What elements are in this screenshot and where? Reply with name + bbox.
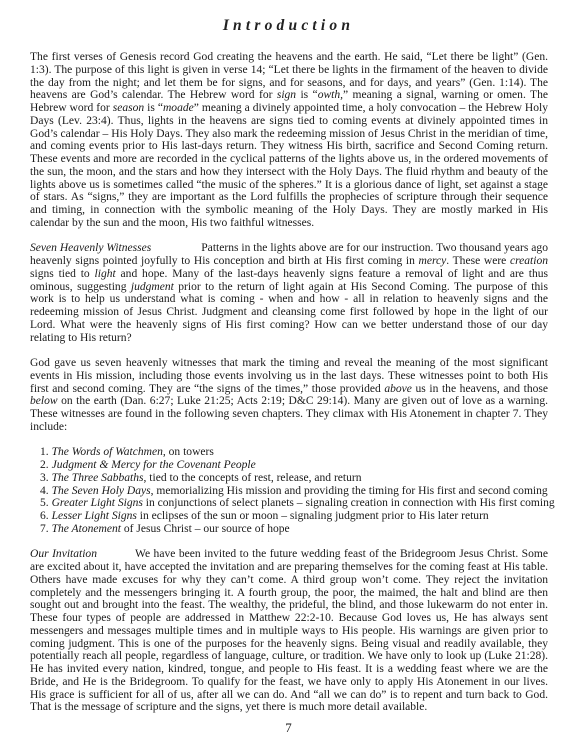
list-number: 1.	[40, 446, 49, 458]
list-item: 2. Judgment & Mercy for the Covenant Peo…	[40, 459, 548, 472]
list-item: 6. Lesser Light Signs in eclipses of the…	[40, 510, 548, 523]
emphasis: owth,	[318, 89, 343, 101]
list-item: 4. The Seven Holy Days, memorializing Hi…	[40, 485, 548, 498]
emphasis: judgment	[131, 281, 174, 293]
subheading-our-invitation: Our Invitation	[30, 548, 97, 560]
list-number: 2.	[40, 459, 49, 471]
text-run: signs tied to	[30, 268, 95, 280]
emphasis: moade	[163, 102, 194, 114]
list-item-title: The Words of Watchmen	[52, 446, 163, 458]
text-run: is “	[296, 89, 318, 101]
emphasis: below	[30, 395, 58, 407]
list-item-title: The Seven Holy Days	[52, 485, 151, 497]
list-number: 3.	[40, 472, 49, 484]
list-number: 4.	[40, 485, 49, 497]
paragraph-gap	[30, 230, 548, 243]
page-title: Introduction	[0, 17, 577, 35]
paragraph-gap	[30, 344, 548, 357]
document-page: Introduction The first verses of Genesis…	[0, 0, 577, 751]
list-item-title: The Three Sabbaths	[52, 472, 144, 484]
list-item-title: Greater Light Signs	[52, 497, 143, 509]
list-item: 5. Greater Light Signs in conjunctions o…	[40, 497, 548, 510]
witness-list: 1. The Words of Watchmen, on towers 2. J…	[30, 446, 548, 535]
list-item-text: in eclipses of the sun or moon – signali…	[137, 510, 489, 522]
text-run: ” meaning a divinely appointed time, a h…	[30, 102, 548, 229]
emphasis: season	[113, 102, 144, 114]
paragraph-gap	[30, 434, 548, 447]
list-number: 5.	[40, 497, 49, 509]
list-item-text: , on towers	[163, 446, 214, 458]
emphasis: light	[95, 268, 116, 280]
paragraph-gap	[30, 536, 548, 549]
list-item-title: Judgment & Mercy for the Covenant People	[52, 459, 256, 471]
page-number: 7	[0, 720, 577, 736]
list-number: 6.	[40, 510, 49, 522]
list-item-title: The Atonement	[52, 523, 121, 535]
subheading-seven-heavenly-witnesses: Seven Heavenly Witnesses	[30, 242, 151, 254]
paragraph-intro: The first verses of Genesis record God c…	[30, 51, 548, 230]
list-item: 1. The Words of Watchmen, on towers	[40, 446, 548, 459]
list-number: 7.	[40, 523, 49, 535]
list-item-text: , memorializing His mission and providin…	[151, 485, 548, 497]
text-run: . These were	[446, 255, 510, 267]
text-run: on the earth (Dan. 6:27; Luke 21:25; Act…	[30, 395, 548, 433]
text-run: is “	[144, 102, 163, 114]
emphasis: above	[384, 383, 412, 395]
text-run: us in the heavens, and those	[412, 383, 548, 395]
paragraph-our-invitation: Our InvitationWe have been invited to th…	[30, 548, 548, 714]
list-item: 7. The Atonement of Jesus Christ – our s…	[40, 523, 548, 536]
list-item-text: in conjunctions of select planets – sign…	[143, 497, 555, 509]
emphasis: creation	[510, 255, 548, 267]
page-body: The first verses of Genesis record God c…	[30, 51, 548, 714]
paragraph-seven-heavenly-witnesses: Seven Heavenly WitnessesPatterns in the …	[30, 242, 548, 344]
text-run: We have been invited to the future weddi…	[30, 548, 548, 713]
emphasis: sign	[277, 89, 296, 101]
emphasis: mercy	[419, 255, 447, 267]
paragraph-seven-witnesses-intro: God gave us seven heavenly witnesses tha…	[30, 357, 548, 434]
list-item: 3. The Three Sabbaths, tied to the conce…	[40, 472, 548, 485]
list-item-text: of Jesus Christ – our source of hope	[121, 523, 290, 535]
list-item-text: , tied to the concepts of rest, release,…	[144, 472, 362, 484]
list-item-title: Lesser Light Signs	[52, 510, 137, 522]
